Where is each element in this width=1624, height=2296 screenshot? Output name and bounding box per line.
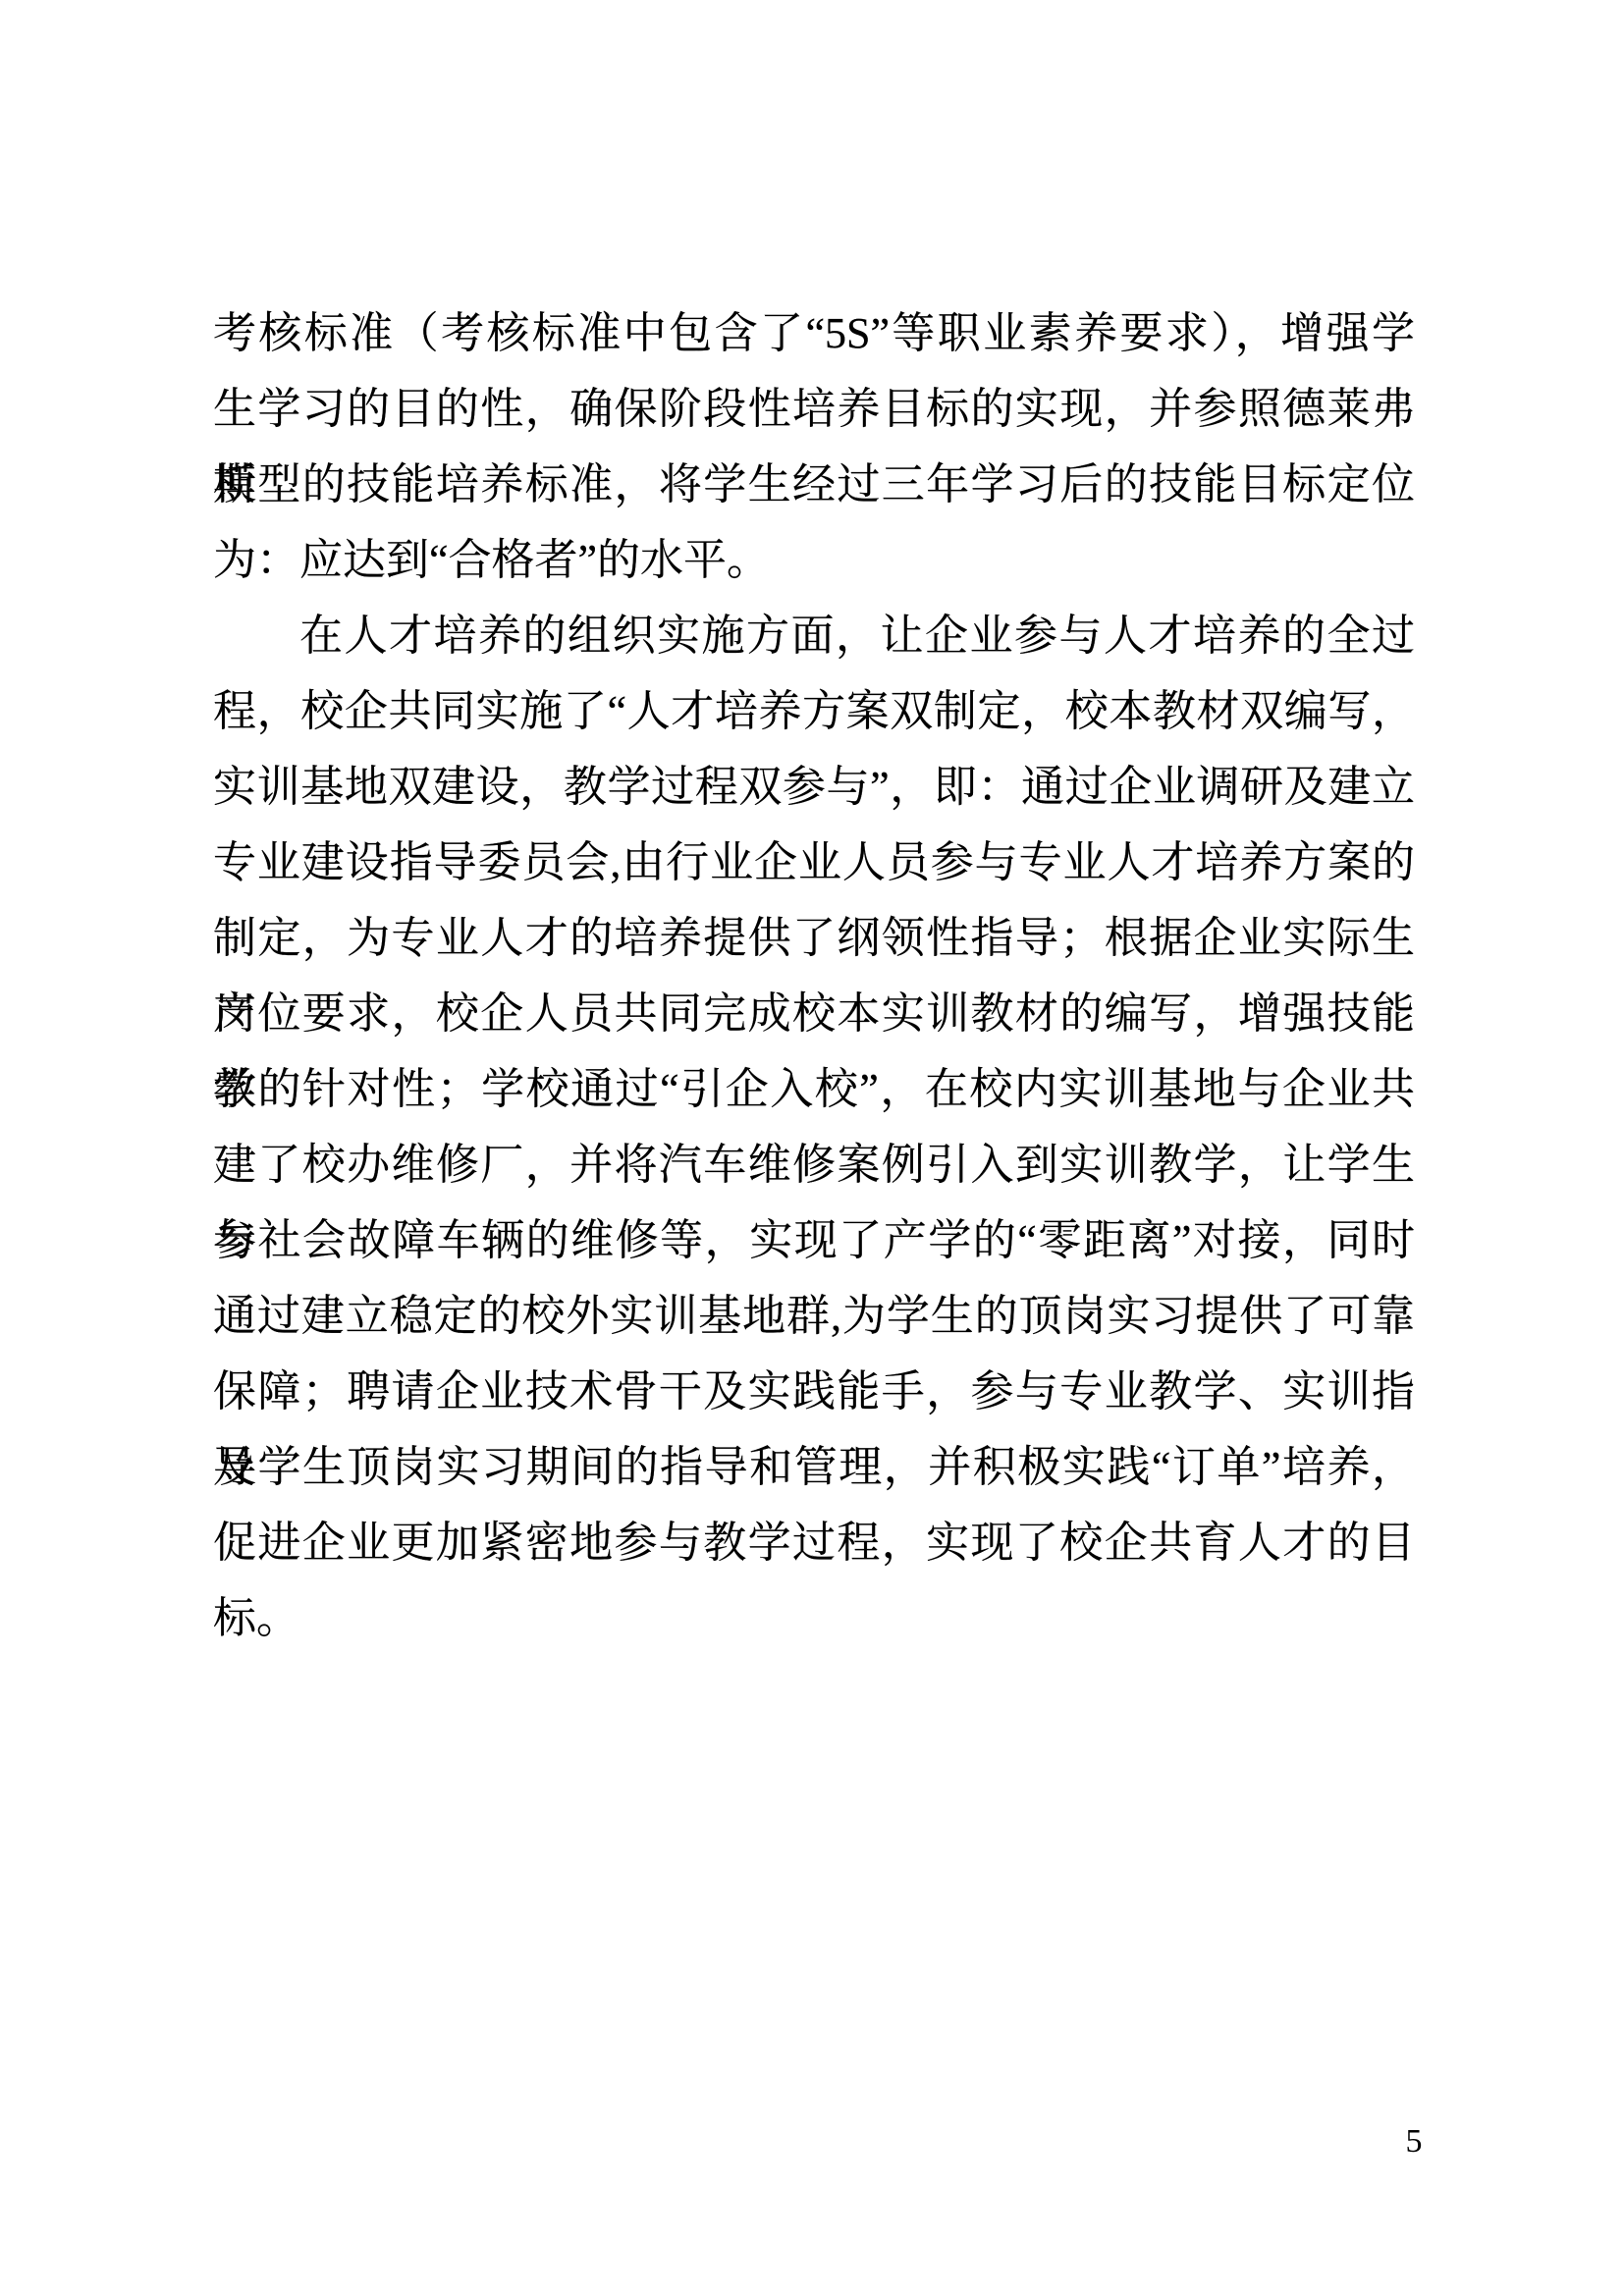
text-line-14: 通过建立稳定的校外实训基地群,为学生的顶岗实习提供了可靠 xyxy=(213,1278,1415,1354)
text-line-11: 学的针对性；学校通过“引企入校”，在校内实训基地与企业共 xyxy=(213,1051,1415,1127)
text-line-18: 标。 xyxy=(213,1580,1415,1656)
document-page: 考核标准（考核标准中包含了“5S”等职业素养要求），增强学 生学习的目的性，确保… xyxy=(0,0,1624,2296)
text-line-17: 促进企业更加紧密地参与教学过程，实现了校企共育人才的目 xyxy=(213,1505,1415,1580)
text-line-10: 岗位要求，校企人员共同完成校本实训教材的编写，增强技能教 xyxy=(213,976,1415,1051)
text-line-1: 考核标准（考核标准中包含了“5S”等职业素养要求），增强学 xyxy=(213,295,1415,371)
text-line-16: 及学生顶岗实习期间的指导和管理，并积极实践“订单”培养， xyxy=(213,1429,1415,1505)
text-line-13: 与社会故障车辆的维修等，实现了产学的“零距离”对接，同时 xyxy=(213,1202,1415,1278)
text-line-2: 生学习的目的性，确保阶段性培养目标的实现，并参照德莱弗斯 xyxy=(213,371,1415,447)
text-line-3: 模型的技能培养标准，将学生经过三年学习后的技能目标定位 xyxy=(213,447,1415,522)
page-number: 5 xyxy=(1392,2117,1435,2166)
document-body: 考核标准（考核标准中包含了“5S”等职业素养要求），增强学 生学习的目的性，确保… xyxy=(213,295,1415,1656)
text-line-4: 为：应达到“合格者”的水平。 xyxy=(213,522,1415,598)
text-line-15: 保障；聘请企业技术骨干及实践能手，参与专业教学、实训指导 xyxy=(213,1354,1415,1429)
text-line-9: 制定，为专业人才的培养提供了纲领性指导；根据企业实际生产 xyxy=(213,900,1415,976)
text-line-6: 程，校企共同实施了“人才培养方案双制定，校本教材双编写， xyxy=(213,673,1415,749)
text-line-8: 专业建设指导委员会,由行业企业人员参与专业人才培养方案的 xyxy=(213,825,1415,900)
text-line-7: 实训基地双建设，教学过程双参与”，即：通过企业调研及建立 xyxy=(213,749,1415,825)
text-line-12: 建了校办维修厂，并将汽车维修案例引入到实训教学，让学生参 xyxy=(213,1127,1415,1202)
text-line-5: 在人才培养的组织实施方面，让企业参与人才培养的全过 xyxy=(213,598,1415,673)
